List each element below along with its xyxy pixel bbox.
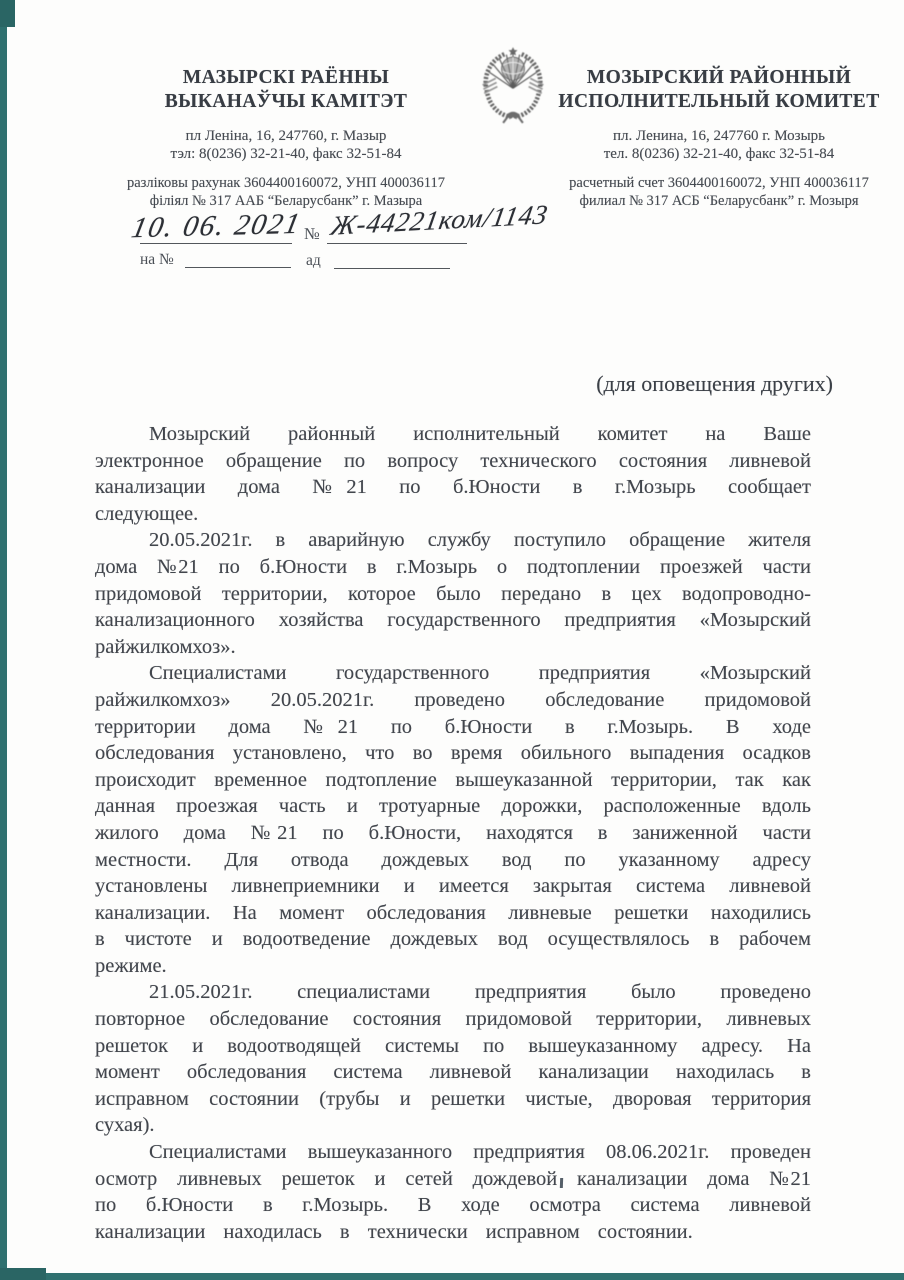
reply-to-underline xyxy=(334,268,450,269)
reply-to-label: ад xyxy=(306,252,321,270)
org-account-ru: расчетный счет 3604400160072, УНП 400036… xyxy=(534,174,904,192)
paragraph-inspection-2105: 21.05.2021г. специалистами предприятия б… xyxy=(95,979,811,1139)
date-underline xyxy=(140,243,292,244)
scan-edge-bottomleft xyxy=(0,1268,46,1280)
letter-body: Мозырский районный исполнительный комите… xyxy=(95,421,811,1245)
scan-edge-bottom xyxy=(0,1273,904,1280)
org-phone-ru: тел. 8(0236) 32-21-40, факс 32-51-84 xyxy=(534,145,904,163)
paragraph-inspection-0806: Специалистами вышеуказанного предприятия… xyxy=(95,1139,811,1245)
org-account-by: разліковы рахунак 3604400160072, УНП 400… xyxy=(96,174,476,192)
paragraph-intro: Мозырский районный исполнительный комите… xyxy=(95,421,811,527)
annotation-note: (для оповещения других) xyxy=(596,371,833,397)
org-address-by: пл Леніна, 16, 247760, г. Мазыр xyxy=(96,127,476,145)
org-title-by-line2: ВЫКАНАЎЧЫ КАМІТЭТ xyxy=(96,90,476,114)
org-title-by-line1: МАЗЫРСКІ РАЁННЫ xyxy=(96,66,476,90)
scan-edge-left xyxy=(0,0,7,1280)
scanned-letter-page: МАЗЫРСКІ РАЁННЫ ВЫКАНАЎЧЫ КАМІТЭТ пл Лен… xyxy=(0,0,904,1280)
org-title-ru-line1: МОЗЫРСКИЙ РАЙОННЫЙ xyxy=(534,66,904,90)
paragraph-complaint: 20.05.2021г. в аварийную службу поступил… xyxy=(95,527,811,660)
scan-edge-topleft xyxy=(0,0,15,27)
org-phone-by: тэл: 8(0236) 32-21-40, факс 32-51-84 xyxy=(96,145,476,163)
org-title-ru-line2: ИСПОЛНИТЕЛЬНЫЙ КОМИТЕТ xyxy=(534,90,904,114)
number-underline xyxy=(327,243,467,244)
handwritten-date: 10. 06. 2021 xyxy=(129,208,305,246)
org-address-ru: пл. Ленина, 16, 247760 г. Мозырь xyxy=(534,127,904,145)
number-label: № xyxy=(304,224,320,244)
incoming-number-label: на № xyxy=(140,251,174,269)
letterhead-russian: МОЗЫРСКИЙ РАЙОННЫЙ ИСПОЛНИТЕЛЬНЫЙ КОМИТЕ… xyxy=(534,66,904,210)
paragraph-inspection-2005: Специалистами государственного предприят… xyxy=(95,660,811,979)
org-branch-ru: филиал № 317 АСБ “Беларусбанк” г. Мозыря xyxy=(534,192,904,210)
letterhead-belarusian: МАЗЫРСКІ РАЁННЫ ВЫКАНАЎЧЫ КАМІТЭТ пл Лен… xyxy=(96,66,476,210)
incoming-number-underline xyxy=(185,267,291,268)
